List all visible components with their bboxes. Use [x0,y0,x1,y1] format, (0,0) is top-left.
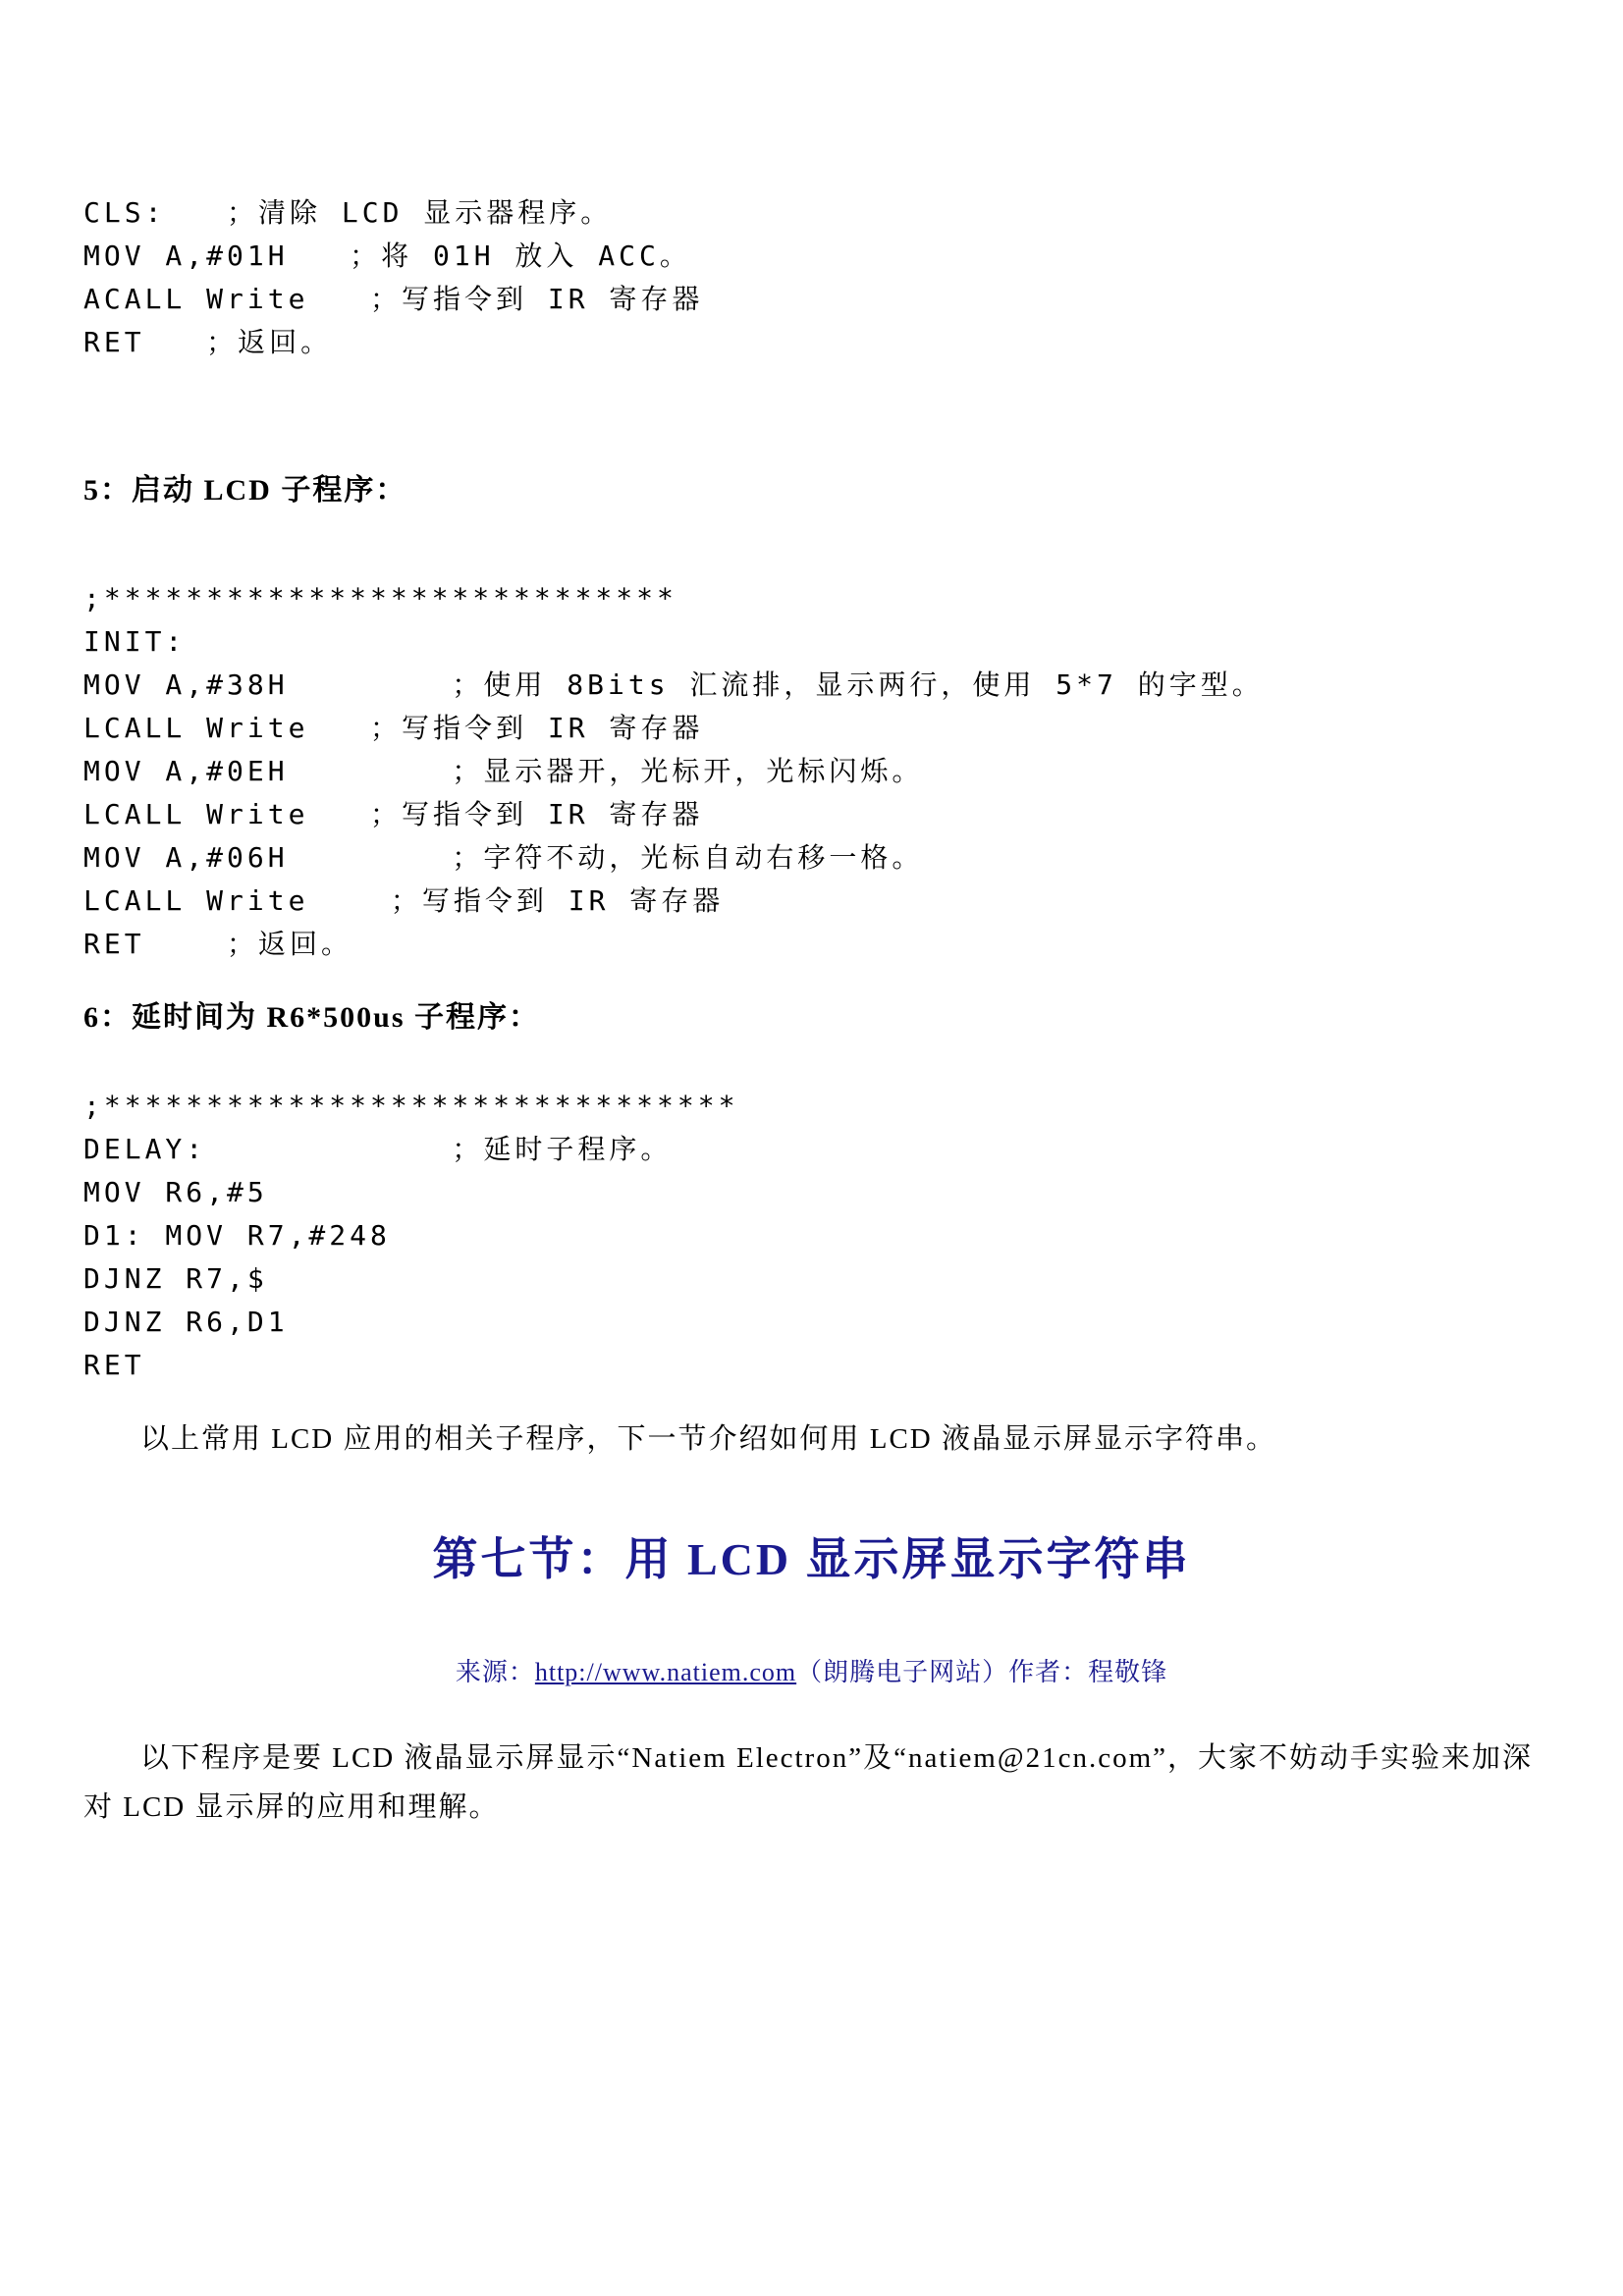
code-line: ACALL Write ；写指令到 IR 寄存器 [83,278,1540,321]
code-block-delay: ;******************************* DELAY: … [83,1085,1540,1387]
section-5-heading: 5：启动 LCD 子程序： [83,469,1540,512]
source-prefix: 来源： [456,1658,535,1686]
intro-paragraph: 以上常用 LCD 应用的相关子程序，下一节介绍如何用 LCD 液晶显示屏显示字符… [83,1415,1540,1464]
section-6-heading: 6：延时间为 R6*500us 子程序： [83,996,1540,1040]
closing-paragraph: 以下程序是要 LCD 液晶显示屏显示“Natiem Electron”及“nat… [83,1734,1540,1832]
code-line: DJNZ R6,D1 [83,1301,1540,1344]
code-line: MOV A,#06H ；字符不动，光标自动右移一格。 [83,836,1540,880]
code-line: MOV R6,#5 [83,1171,1540,1214]
code-line: LCALL Write ；写指令到 IR 寄存器 [83,707,1540,750]
code-line: CLS: ；清除 LCD 显示器程序。 [83,191,1540,235]
code-line: MOV A,#38H ；使用 8Bits 汇流排，显示两行，使用 5*7 的字型… [83,664,1540,707]
document-content: CLS: ；清除 LCD 显示器程序。 MOV A,#01H ；将 01H 放入… [0,0,1623,1832]
code-line: RET [83,1344,1540,1387]
code-block-cls: CLS: ；清除 LCD 显示器程序。 MOV A,#01H ；将 01H 放入… [83,191,1540,364]
code-line: RET ；返回。 [83,321,1540,364]
document-page: CLS: ；清除 LCD 显示器程序。 MOV A,#01H ；将 01H 放入… [0,0,1623,2296]
code-block-init: ;**************************** INIT: MOV … [83,577,1540,966]
code-line: DJNZ R7,$ [83,1257,1540,1301]
code-line: LCALL Write ；写指令到 IR 寄存器 [83,880,1540,923]
code-line: MOV A,#0EH ；显示器开，光标开，光标闪烁。 [83,750,1540,793]
code-line: DELAY: ；延时子程序。 [83,1128,1540,1171]
code-line: MOV A,#01H ；将 01H 放入 ACC。 [83,235,1540,278]
source-line: 来源：http://www.natiem.com（朗腾电子网站）作者：程敬锋 [83,1653,1540,1692]
source-link[interactable]: http://www.natiem.com [535,1658,796,1686]
section-7-title: 第七节：用 LCD 显示屏显示字符串 [83,1530,1540,1589]
source-suffix: （朗腾电子网站）作者：程敬锋 [796,1658,1167,1686]
code-comment-divider: ;**************************** [83,577,1540,620]
code-comment-divider: ;******************************* [83,1085,1540,1128]
code-line: LCALL Write ；写指令到 IR 寄存器 [83,793,1540,836]
code-line: D1: MOV R7,#248 [83,1214,1540,1257]
code-line: INIT: [83,620,1540,664]
code-line: RET ；返回。 [83,923,1540,966]
